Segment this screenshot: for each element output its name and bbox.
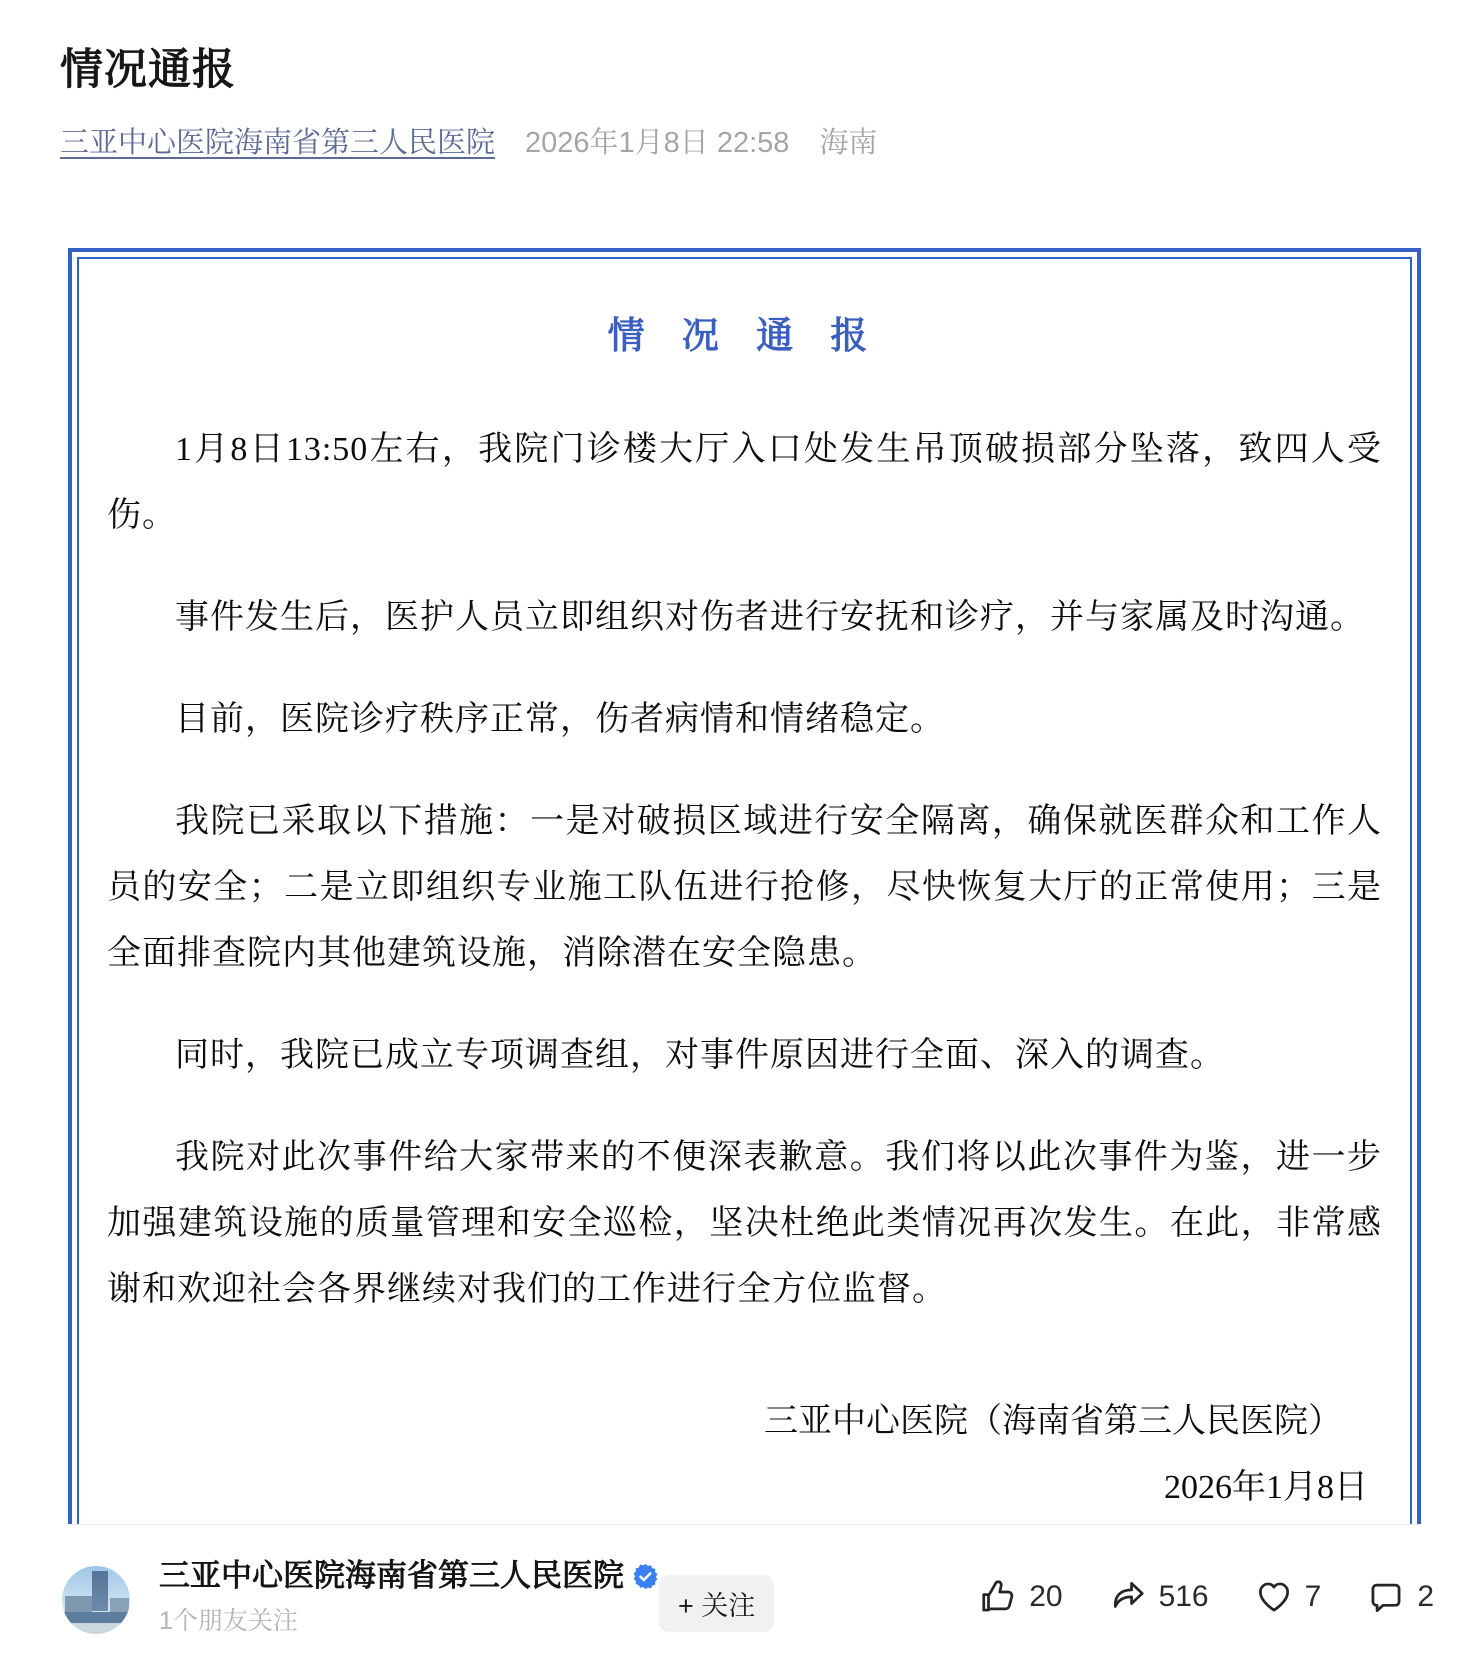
comment-count: 2 — [1417, 1580, 1434, 1614]
author-name[interactable]: 三亚中心医院海南省第三人民医院 — [159, 1556, 624, 1596]
avatar[interactable] — [62, 1566, 130, 1634]
notice-paragraph: 我院已采取以下措施：一是对破损区域进行安全隔离，确保就医群众和工作人员的安全；二… — [107, 789, 1382, 987]
notice-paragraph: 1月8日13:50左右，我院门诊楼大厅入口处发生吊顶破损部分坠落，致四人受伤。 — [107, 417, 1382, 549]
share-icon — [1109, 1578, 1147, 1616]
byline: 三亚中心医院海南省第三人民医院 2026年1月8日 22:58 海南 — [60, 120, 877, 161]
avatar-ground — [62, 1623, 130, 1634]
notice-paragraph: 目前，医院诊疗秩序正常，伤者病情和情绪稳定。 — [107, 687, 1382, 753]
notice-signature: 三亚中心医院（海南省第三人民医院） — [107, 1389, 1382, 1455]
share-button[interactable]: 516 — [1109, 1578, 1209, 1616]
page-title: 情况通报 — [60, 36, 236, 97]
heart-icon — [1255, 1578, 1293, 1616]
notice-content: 情 况 通 报 1月8日13:50左右，我院门诊楼大厅入口处发生吊顶破损部分坠落… — [68, 248, 1421, 1521]
notice-paragraph: 我院对此次事件给大家带来的不便深表歉意。我们将以此次事件为鉴，进一步加强建筑设施… — [107, 1125, 1382, 1323]
follow-button[interactable]: + 关注 — [659, 1575, 774, 1632]
thumbs-up-icon — [979, 1578, 1017, 1616]
notice-paragraph: 事件发生后，医护人员立即组织对伤者进行安抚和诊疗，并与家属及时沟通。 — [107, 585, 1382, 651]
notice-image[interactable]: 情 况 通 报 1月8日13:50左右，我院门诊楼大厅入口处发生吊顶破损部分坠落… — [68, 248, 1421, 1525]
post-time: 2026年1月8日 22:58 — [525, 120, 789, 161]
author-meta: 三亚中心医院海南省第三人民医院 1个朋友关注 — [159, 1556, 658, 1637]
notice-paragraph: 同时，我院已成立专项调查组，对事件原因进行全面、深入的调查。 — [107, 1023, 1382, 1089]
like-count: 20 — [1029, 1580, 1062, 1614]
avatar-building-base — [62, 1612, 130, 1623]
like-button[interactable]: 20 — [979, 1578, 1062, 1616]
comment-button[interactable]: 2 — [1367, 1578, 1434, 1616]
notice-title: 情 况 通 报 — [107, 315, 1382, 359]
author-link[interactable]: 三亚中心医院海南省第三人民医院 — [60, 120, 495, 161]
verified-badge-icon — [633, 1564, 658, 1589]
followers-note: 1个朋友关注 — [159, 1601, 658, 1637]
heart-count: 7 — [1305, 1580, 1322, 1614]
avatar-building-tower — [92, 1571, 108, 1610]
notice-date: 2026年1月8日 — [107, 1455, 1382, 1521]
engagement-bar: 20 516 7 2 — [979, 1578, 1434, 1616]
heart-button[interactable]: 7 — [1255, 1578, 1322, 1616]
post-location: 海南 — [819, 120, 877, 161]
comment-icon — [1367, 1578, 1405, 1616]
share-count: 516 — [1159, 1580, 1209, 1614]
